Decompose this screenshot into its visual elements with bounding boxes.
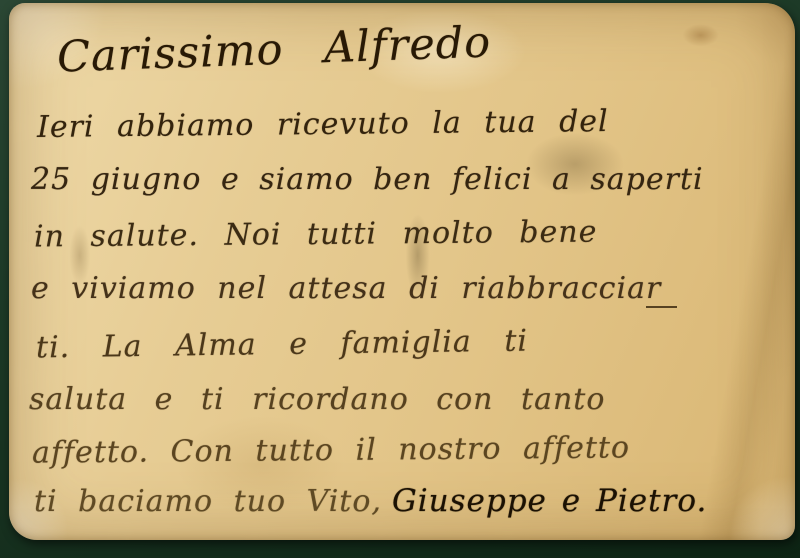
letter-line-8-text: ti baciamo tuo Vito, xyxy=(34,484,382,519)
letter-line-4-hyphenated-syllable: r xyxy=(646,271,677,308)
letter-signature-names: Giuseppe e Pietro. xyxy=(392,483,707,519)
letter-line-3-text: in salute. Noi tutti molto bene xyxy=(34,215,598,255)
letter-line-5: ti. La Alma e famiglia ti xyxy=(36,324,528,366)
letter-line-6: saluta e ti ricordano con tanto xyxy=(29,382,605,417)
letter-line-2: 25 giugno e siamo ben felici a saperti xyxy=(31,162,704,197)
letter-line-8: ti baciamo tuo Vito,Giuseppe e Pietro. xyxy=(34,483,707,519)
letter-line-7: affetto. Con tutto il nostro affetto xyxy=(32,430,630,470)
letter-line-6-text: saluta e ti ricordano con tanto xyxy=(29,382,605,417)
letter-line-2-text: 25 giugno e siamo ben felici a saperti xyxy=(31,162,704,197)
letter-line-1: Ieri abbiamo ricevuto la tua del xyxy=(37,104,609,145)
letter-line-7-text: affetto. Con tutto il nostro affetto xyxy=(32,430,630,470)
letter-line-4-text: e viviamo nel attesa di riabbraccia xyxy=(31,271,646,306)
letter-line-4: e viviamo nel attesa di riabbracciar xyxy=(31,271,677,306)
letter-line-3: in salute. Noi tutti molto bene xyxy=(34,215,598,255)
postcard: Carissimo Alfredo Ieri abbiamo ricevuto … xyxy=(9,3,795,540)
letter-salutation: Carissimo Alfredo xyxy=(56,17,492,82)
letter-line-1-text: Ieri abbiamo ricevuto la tua del xyxy=(37,104,609,145)
letter-line-5-text: ti. La Alma e famiglia ti xyxy=(36,324,528,366)
photo-background: Carissimo Alfredo Ieri abbiamo ricevuto … xyxy=(0,0,800,558)
